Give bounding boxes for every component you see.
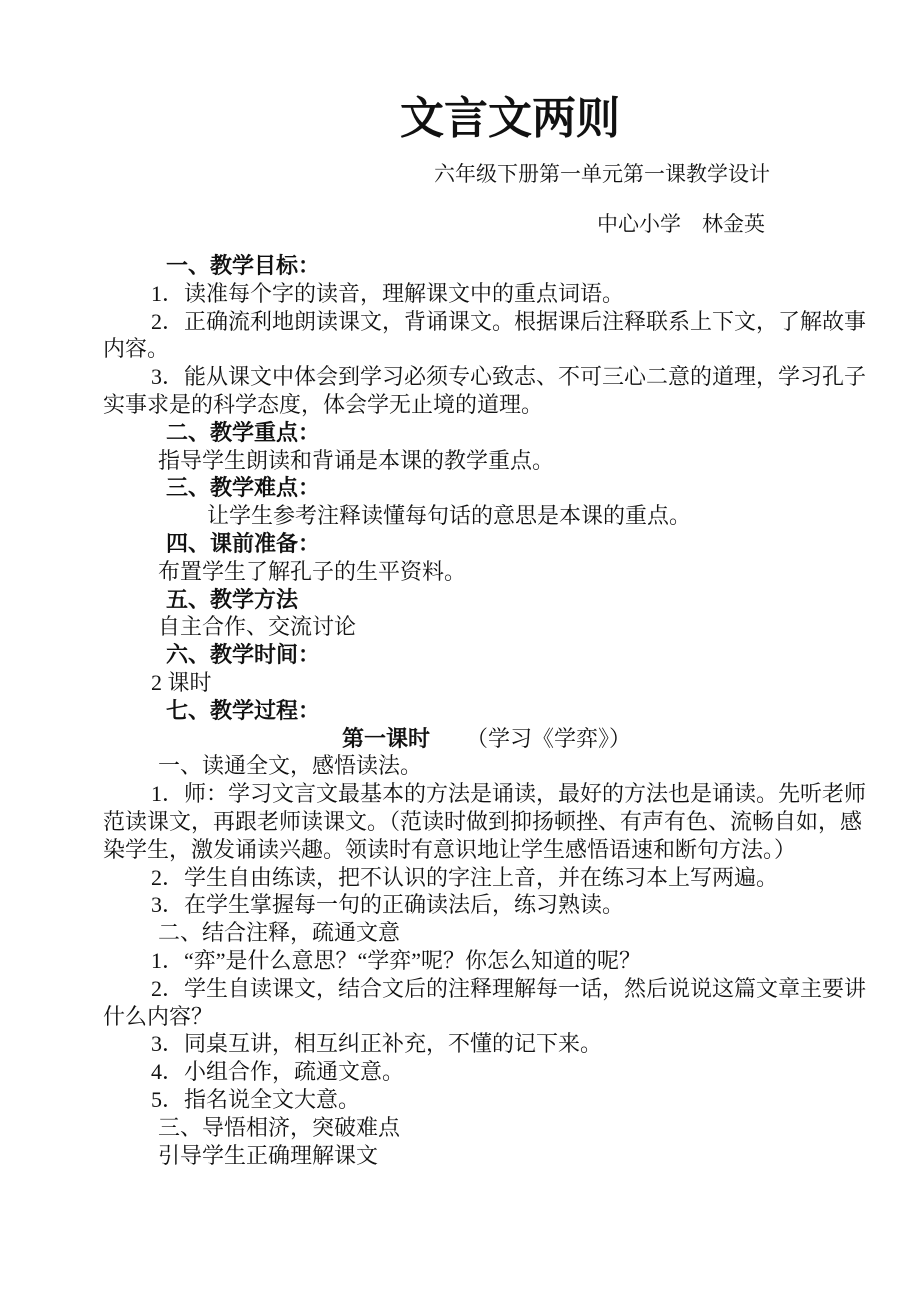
doc-line: 染学生，激发诵读兴趣。领读时有意识地让学生感悟语速和断句方法。） (103, 836, 870, 864)
document-title: 文言文两则 (0, 0, 920, 150)
doc-line: 三、导悟相济，突破难点 (103, 1114, 870, 1142)
doc-line: 自主合作、交流讨论 (103, 613, 870, 641)
doc-line: 范读课文，再跟老师读课文。（范读时做到抑扬顿挫、有声有色、流畅自如，感 (103, 808, 870, 836)
doc-line: 4．小组合作，疏通文意。 (103, 1058, 870, 1086)
section-heading-preparation: 四、课前准备： (103, 530, 870, 558)
lesson-period-heading: 第一课时（学习《学弈》） (103, 725, 870, 753)
section-heading-teaching-difficulty: 三、教学难点： (103, 474, 870, 502)
document-subtitle: 六年级下册第一单元第一课教学设计 (0, 160, 920, 188)
section-heading-teaching-method: 五、教学方法 (103, 586, 870, 614)
doc-line: 引导学生正确理解课文 (103, 1142, 870, 1170)
doc-line: 二、结合注释，疏通文意 (103, 919, 870, 947)
doc-line: 让学生参考注释读懂每句话的意思是本课的重点。 (103, 502, 870, 530)
doc-line: 2．学生自由练读，把不认识的字注上音，并在练习本上写两遍。 (103, 864, 870, 892)
doc-line: 1．“弈”是什么意思？“学弈”呢？你怎么知道的呢？ (103, 947, 870, 975)
doc-line: 一、读通全文，感悟读法。 (103, 752, 870, 780)
doc-line: 2．正确流利地朗读课文，背诵课文。根据课后注释联系上下文，了解故事 (103, 308, 870, 336)
doc-line: 布置学生了解孔子的生平资料。 (103, 558, 870, 586)
lesson-period-title: 第一课时 (342, 726, 430, 751)
doc-line: 2 课时 (103, 669, 870, 697)
doc-line: 什么内容？ (103, 1003, 870, 1031)
document-body: 一、教学目标： 1．读准每个字的读音，理解课文中的重点词语。 2．正确流利地朗读… (103, 252, 870, 1169)
doc-line: 内容。 (103, 335, 870, 363)
doc-line: 3．在学生掌握每一句的正确读法后，练习熟读。 (103, 891, 870, 919)
doc-line: 5．指名说全文大意。 (103, 1086, 870, 1114)
document-page: 文言文两则 六年级下册第一单元第一课教学设计 中心小学 林金英 一、教学目标： … (0, 0, 920, 1302)
section-heading-teaching-time: 六、教学时间： (103, 641, 870, 669)
doc-line: 3．同桌互讲，相互纠正补充，不懂的记下来。 (103, 1030, 870, 1058)
document-author: 中心小学 林金英 (0, 210, 920, 238)
doc-line: 3．能从课文中体会到学习必须专心致志、不可三心二意的道理，学习孔子 (103, 363, 870, 391)
doc-line: 2．学生自读课文，结合文后的注释理解每一话，然后说说这篇文章主要讲 (103, 975, 870, 1003)
lesson-period-note: （学习《学弈》） (466, 726, 631, 751)
section-heading-teaching-process: 七、教学过程： (103, 697, 870, 725)
doc-line: 实事求是的科学态度，体会学无止境的道理。 (103, 391, 870, 419)
section-heading-teaching-focus: 二、教学重点： (103, 419, 870, 447)
doc-line: 1．师：学习文言文最基本的方法是诵读，最好的方法也是诵读。先听老师 (103, 780, 870, 808)
section-heading-teaching-goals: 一、教学目标： (103, 252, 870, 280)
doc-line: 指导学生朗读和背诵是本课的教学重点。 (103, 447, 870, 475)
doc-line: 1．读准每个字的读音，理解课文中的重点词语。 (103, 280, 870, 308)
